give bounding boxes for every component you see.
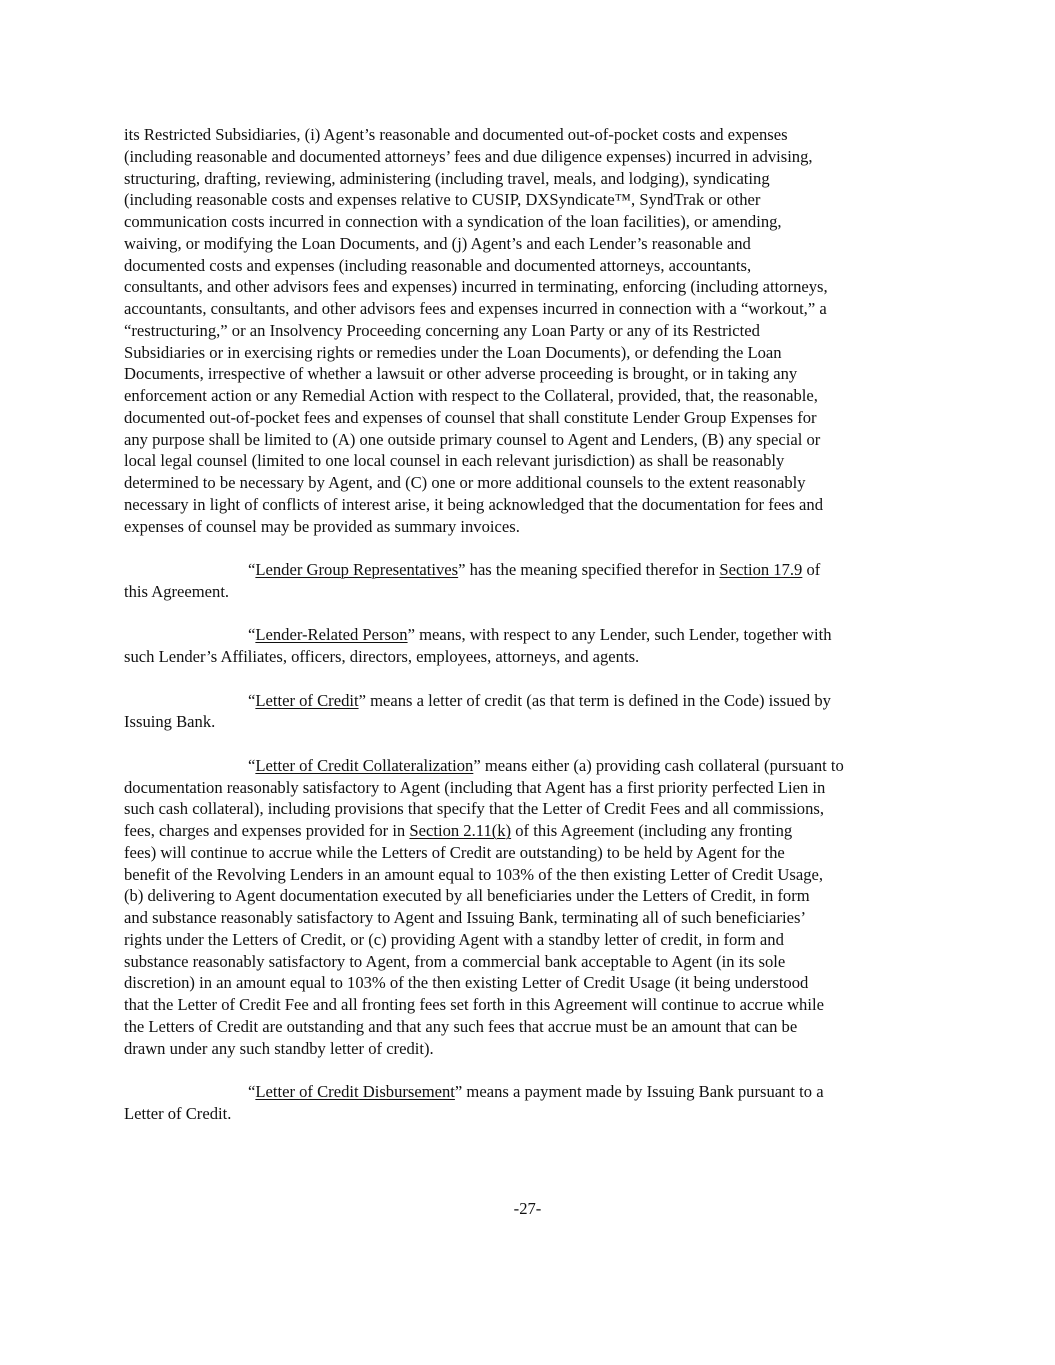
definition-letter-of-credit: “Letter of Credit” means a letter of cre… — [124, 690, 932, 734]
text-line: benefit of the Revolving Lenders in an a… — [124, 864, 932, 886]
text-line: rights under the Letters of Credit, or (… — [124, 929, 932, 951]
text-line: discretion) in an amount equal to 103% o… — [124, 972, 932, 994]
definition-text: of — [802, 560, 820, 579]
definition-text: means a letter of credit (as that term i… — [366, 691, 831, 710]
text-line: “restructuring,” or an Insolvency Procee… — [124, 320, 932, 342]
definition-letter-of-credit-collateralization: “Letter of Credit Collateralization” mea… — [124, 755, 932, 1060]
continued-paragraph: its Restricted Subsidiaries, (i) Agent’s… — [124, 124, 932, 537]
text-line: enforcement action or any Remedial Actio… — [124, 385, 932, 407]
text-line: Documents, irrespective of whether a law… — [124, 363, 932, 385]
text-line: local legal counsel (limited to one loca… — [124, 450, 932, 472]
text-line: that the Letter of Credit Fee and all fr… — [124, 994, 932, 1016]
text-line: expenses of counsel may be provided as s… — [124, 516, 932, 538]
text-line: determined to be necessary by Agent, and… — [124, 472, 932, 494]
section-reference: Section 17.9 — [719, 560, 802, 579]
definition-lender-related-person: “Lender-Related Person” means, with resp… — [124, 624, 932, 668]
text-line: accountants, consultants, and other advi… — [124, 298, 932, 320]
definition-text: fees, charges and expenses provided for … — [124, 821, 409, 840]
definition-text: means, with respect to any Lender, such … — [415, 625, 832, 644]
close-quote: ” — [359, 691, 366, 710]
text-line: communication costs incurred in connecti… — [124, 211, 932, 233]
text-line: Issuing Bank. — [124, 711, 932, 733]
definition-text: means a payment made by Issuing Bank pur… — [462, 1082, 823, 1101]
defined-term: Letter of Credit — [255, 691, 358, 710]
text-line: any purpose shall be limited to (A) one … — [124, 429, 932, 451]
definition-text: has the meaning specified therefor in — [466, 560, 720, 579]
text-line: the Letters of Credit are outstanding an… — [124, 1016, 932, 1038]
close-quote: ” — [473, 756, 480, 775]
text-line: (b) delivering to Agent documentation ex… — [124, 885, 932, 907]
close-quote: ” — [408, 625, 415, 644]
text-line: (including reasonable costs and expenses… — [124, 189, 932, 211]
text-line: necessary in light of conflicts of inter… — [124, 494, 932, 516]
text-line: this Agreement. — [124, 581, 932, 603]
text-line: fees) will continue to accrue while the … — [124, 842, 932, 864]
definition-letter-of-credit-disbursement: “Letter of Credit Disbursement” means a … — [124, 1081, 932, 1125]
text-line: documentation reasonably satisfactory to… — [124, 777, 932, 799]
text-line: such cash collateral), including provisi… — [124, 798, 932, 820]
defined-term: Letter of Credit Collateralization — [255, 756, 473, 775]
text-line: Letter of Credit. — [124, 1103, 932, 1125]
text-line: such Lender’s Affiliates, officers, dire… — [124, 646, 932, 668]
text-line: its Restricted Subsidiaries, (i) Agent’s… — [124, 124, 932, 146]
text-line: structuring, drafting, reviewing, admini… — [124, 168, 932, 190]
section-reference: Section 2.11(k) — [409, 821, 511, 840]
definition-lender-group-representatives: “Lender Group Representatives” has the m… — [124, 559, 932, 603]
document-page: its Restricted Subsidiaries, (i) Agent’s… — [124, 124, 932, 1125]
close-quote: ” — [458, 560, 465, 579]
defined-term: Lender Group Representatives — [255, 560, 458, 579]
definition-text: means either (a) providing cash collater… — [481, 756, 844, 775]
text-line: (including reasonable and documented att… — [124, 146, 932, 168]
text-line: consultants, and other advisors fees and… — [124, 276, 932, 298]
defined-term: Letter of Credit Disbursement — [255, 1082, 455, 1101]
text-line: documented out-of-pocket fees and expens… — [124, 407, 932, 429]
text-line: drawn under any such standby letter of c… — [124, 1038, 932, 1060]
definition-text: of this Agreement (including any frontin… — [511, 821, 792, 840]
text-line: waiving, or modifying the Loan Documents… — [124, 233, 932, 255]
text-line: Subsidiaries or in exercising rights or … — [124, 342, 932, 364]
defined-term: Lender-Related Person — [255, 625, 407, 644]
text-line: documented costs and expenses (including… — [124, 255, 932, 277]
text-line: substance reasonably satisfactory to Age… — [124, 951, 932, 973]
text-line: and substance reasonably satisfactory to… — [124, 907, 932, 929]
page-number: -27- — [0, 1198, 1055, 1220]
